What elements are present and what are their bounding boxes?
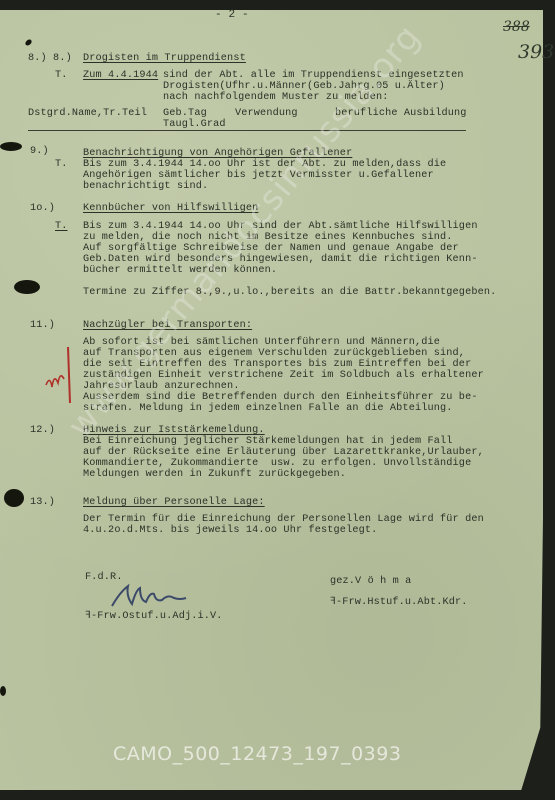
section-9-line: benachrichtigt sind. bbox=[83, 181, 208, 193]
ink-blot bbox=[4, 489, 24, 507]
table-rule bbox=[28, 130, 466, 131]
section-13-title: Meldung über Personelle Lage: bbox=[83, 497, 265, 509]
signature-left-title: ꟻ-Frw.Ostuf.u.Adj.i.V. bbox=[85, 611, 223, 623]
ink-blot bbox=[0, 142, 22, 151]
archive-id-watermark: CAMO_500_12473_197_0393 bbox=[113, 743, 401, 765]
section-8-title: Drogisten im Truppendienst bbox=[83, 53, 246, 65]
ink-blot bbox=[0, 686, 6, 696]
section-8-marker: T. bbox=[55, 70, 68, 82]
signature-right-name: gez.V ö h m a bbox=[330, 576, 411, 588]
table-column-header: Dstgrd.Name,Tr.Teil bbox=[28, 108, 147, 120]
table-column-header: Verwendung bbox=[235, 108, 298, 120]
page-marker: - 2 - bbox=[215, 9, 249, 21]
archive-number-crossed: 388 bbox=[503, 19, 530, 35]
section-12-line: Meldungen werden in Zukunft zurückgegebe… bbox=[83, 469, 346, 481]
section-9-number: 9.) bbox=[30, 146, 49, 158]
section-8-date: Zum 4.4.1944 bbox=[83, 70, 158, 82]
section-9-marker: T. bbox=[55, 159, 68, 171]
section-12-number: 12.) bbox=[30, 425, 55, 437]
section-11-number: 11.) bbox=[30, 320, 55, 332]
section-10-note: Termine zu Ziffer 8.,9.,u.lo.,bereits an… bbox=[83, 287, 496, 299]
red-margin-mark bbox=[44, 345, 72, 405]
handwritten-signature bbox=[110, 580, 190, 610]
signature-right-title: ꟻ-Frw.Hstuf.u.Abt.Kdr. bbox=[330, 597, 468, 609]
section-10-marker: T. bbox=[55, 221, 68, 233]
section-10-number: 1o.) bbox=[30, 203, 55, 215]
section-13-line: 4.u.2o.d.Mts. bis jeweils 14.oo Uhr fest… bbox=[83, 525, 377, 537]
section-11-line: strafen. Meldung in jedem einzelnen Fall… bbox=[83, 403, 453, 415]
archive-number: 393 bbox=[518, 41, 554, 63]
section-8-number: 8.) 8.) bbox=[28, 53, 72, 65]
section-13-number: 13.) bbox=[30, 497, 55, 509]
ink-blot bbox=[14, 280, 40, 294]
